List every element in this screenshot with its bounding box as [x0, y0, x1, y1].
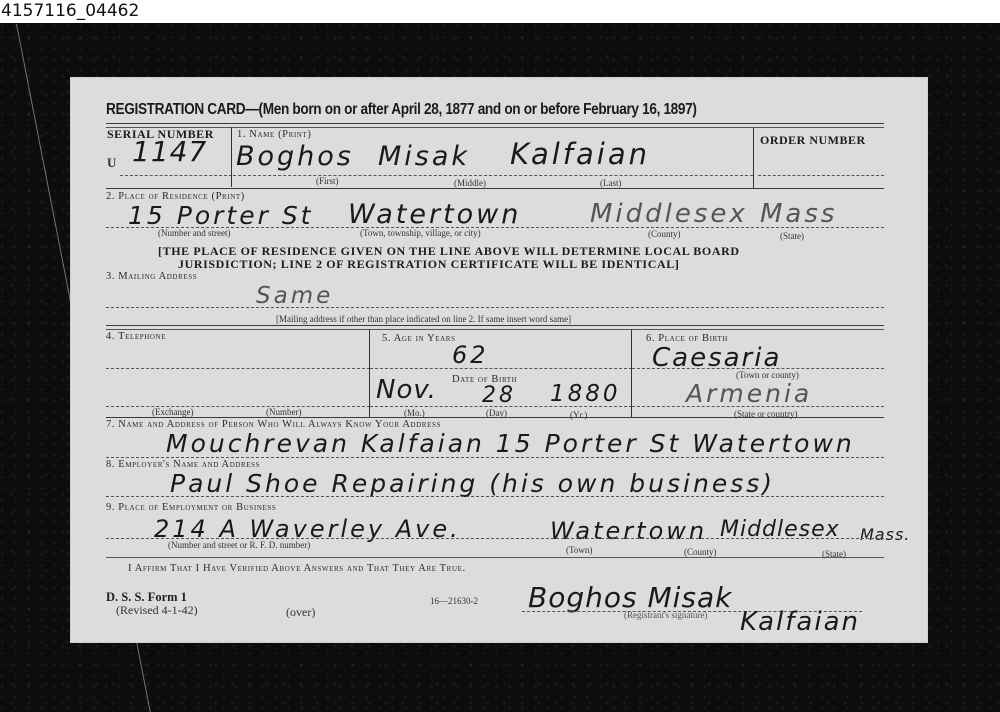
card-title: REGISTRATION CARD—(Men born on or after … — [106, 101, 697, 119]
employment-county-caption: (County) — [684, 547, 717, 557]
form-over: (over) — [286, 605, 315, 620]
dob-year: 1880 — [550, 381, 621, 407]
residence-state: Mass — [760, 199, 837, 229]
affirmation-text: I Affirm That I Have Verified Above Answ… — [128, 563, 466, 574]
birthplace-town-underline — [632, 368, 884, 369]
name-first-caption: (First) — [316, 176, 339, 186]
contact-person-value: Mouchrevan Kalfaian 15 Porter St Waterto… — [166, 429, 855, 458]
serial-divider — [231, 127, 232, 187]
residence-street: 15 Porter St — [128, 201, 314, 230]
signature-caption: (Registrant's signature) — [624, 610, 707, 620]
mailing-address-label: 3. Mailing Address — [106, 271, 197, 282]
telephone-number-caption: (Number) — [266, 407, 302, 417]
serial-prefix: U — [107, 155, 116, 171]
employment-town: Watertown — [550, 517, 707, 545]
dob-month: Nov. — [376, 375, 437, 405]
row3-rule — [106, 325, 884, 326]
form-revised: (Revised 4-1-42) — [116, 603, 198, 618]
residence-state-caption: (State) — [780, 231, 804, 241]
telephone-line1 — [106, 368, 370, 369]
birthplace-country: Armenia — [686, 379, 812, 408]
order-divider — [753, 127, 754, 189]
image-id-label: 4157116_04462 — [0, 0, 1000, 23]
serial-underline — [120, 175, 232, 176]
telephone-line2 — [106, 406, 370, 407]
employment-street-caption: (Number and street or R. F. D. number) — [168, 540, 310, 550]
age-underline — [370, 368, 632, 369]
mailing-address-caption: [Mailing address if other than place ind… — [276, 314, 571, 324]
title-rule — [106, 123, 884, 124]
row3-rule-2 — [106, 329, 884, 330]
row9-rule — [106, 557, 884, 558]
employer-underline — [106, 496, 884, 497]
residence-notice-line2: JURISDICTION; LINE 2 OF REGISTRATION CER… — [178, 258, 679, 271]
order-number-underline — [758, 175, 884, 176]
serial-number-value: 1147 — [132, 135, 207, 168]
name-middle-caption: (Middle) — [454, 178, 486, 188]
dob-year-caption: (Yr.) — [570, 410, 587, 420]
age-divider — [631, 329, 632, 417]
name-last: Kalfaian — [510, 137, 650, 171]
telephone-exchange-caption: (Exchange) — [152, 407, 193, 417]
name-underline — [233, 175, 753, 176]
title-rule-2 — [106, 127, 884, 128]
residence-county: Middlesex — [590, 199, 748, 229]
telephone-label: 4. Telephone — [106, 331, 166, 342]
signature-line2: Kalfaian — [740, 607, 860, 637]
dob-underline — [370, 406, 632, 407]
form-print-code: 16—21630-2 — [430, 596, 478, 606]
employment-underline — [106, 538, 884, 539]
employment-place-label: 9. Place of Employment or Business — [106, 502, 276, 513]
residence-town-caption: (Town, township, village, or city) — [360, 228, 481, 238]
name-label: 1. Name (Print) — [237, 129, 311, 140]
telephone-divider — [369, 329, 370, 417]
birthplace-country-underline — [632, 406, 884, 407]
row4-rule — [106, 417, 884, 418]
residence-town: Watertown — [348, 199, 521, 230]
residence-county-caption: (County) — [648, 229, 681, 239]
row1-rule — [106, 188, 884, 189]
age-label: 5. Age in Years — [382, 333, 456, 344]
employment-town-caption: (Town) — [566, 545, 592, 555]
employer-value: Paul Shoe Repairing (his own business) — [170, 469, 775, 498]
age-value: 62 — [452, 341, 489, 369]
residence-street-caption: (Number and street) — [158, 228, 230, 238]
mailing-address-value: Same — [256, 283, 333, 309]
contact-person-underline — [106, 457, 884, 458]
order-number-label: ORDER NUMBER — [760, 133, 866, 148]
name-first: Boghos — [236, 141, 354, 172]
registration-card: REGISTRATION CARD—(Men born on or after … — [70, 77, 928, 643]
dob-day: 28 — [482, 383, 516, 408]
mailing-address-underline — [106, 307, 884, 308]
employment-state: Mass. — [860, 525, 910, 544]
name-middle: Misak — [378, 141, 470, 172]
name-last-caption: (Last) — [600, 178, 622, 188]
